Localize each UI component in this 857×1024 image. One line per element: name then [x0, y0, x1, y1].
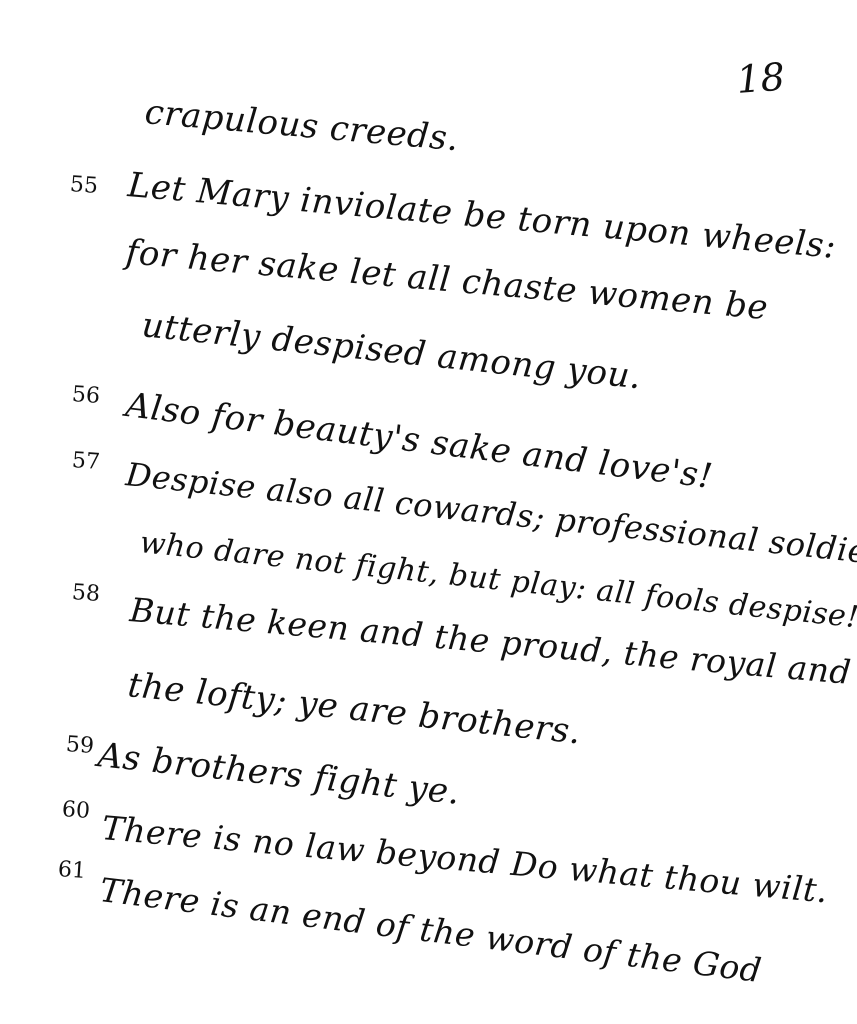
verse-number: 61: [57, 857, 87, 884]
verse-number: 58: [71, 580, 101, 607]
verse-number: 60: [61, 797, 91, 824]
verse-number: 56: [71, 382, 101, 409]
verse-number: 59: [65, 732, 95, 759]
manuscript-line: crapulous creeds.: [143, 92, 460, 159]
manuscript-page: 18 crapulous creeds. 55 Let Mary inviola…: [0, 0, 857, 1024]
verse-number: 57: [71, 448, 101, 475]
manuscript-line: As brothers fight ye.: [96, 735, 462, 813]
page-number: 18: [735, 55, 786, 102]
manuscript-line: utterly despised among you.: [140, 305, 643, 397]
manuscript-line: the lofty; ye are brothers.: [126, 665, 583, 752]
verse-number: 55: [69, 172, 99, 199]
